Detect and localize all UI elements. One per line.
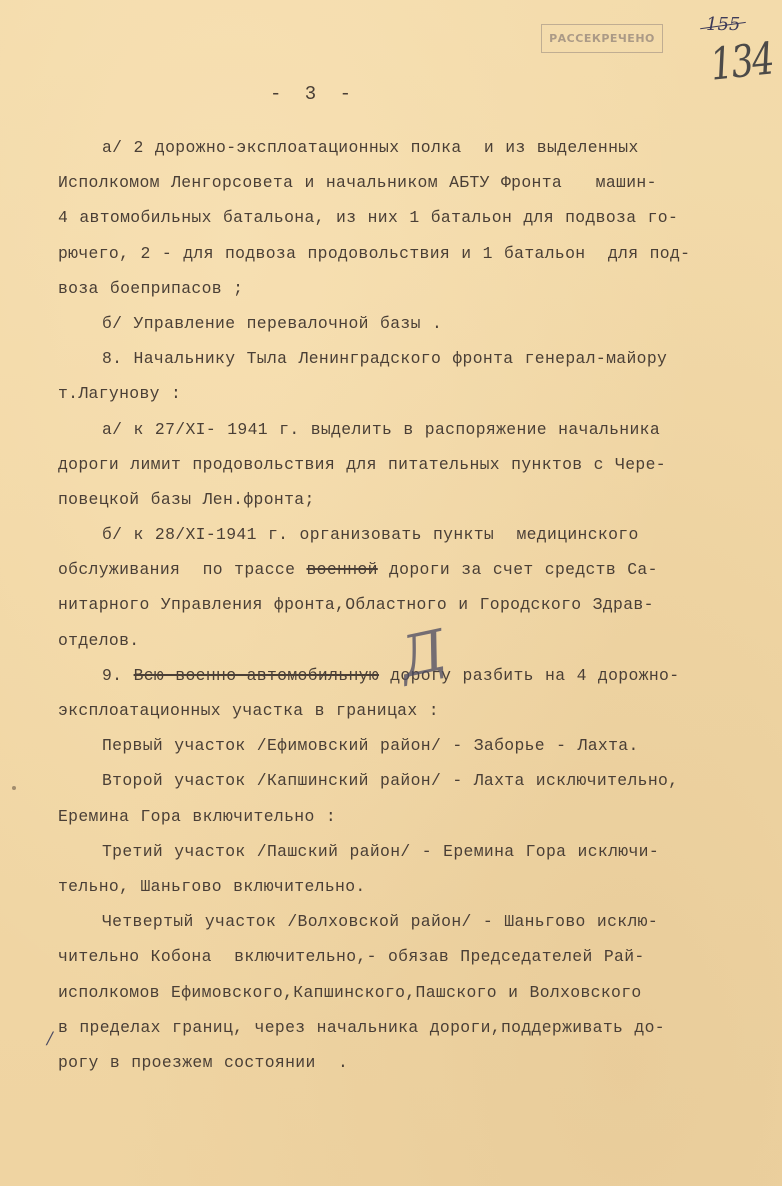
text-line: рючего, 2 - для подвоза продовольствия и… xyxy=(58,239,758,274)
declassified-stamp: РАССЕКРЕЧЕНО xyxy=(541,24,663,53)
text-line: б/ Управление перевалочной базы . xyxy=(58,309,758,344)
text-line: тельно, Шаньгово включительно. xyxy=(58,872,758,907)
text-line: а/ к 27/XI- 1941 г. выделить в распоряже… xyxy=(58,415,758,450)
text-line: эксплоатационных участка в границах : xyxy=(58,696,758,731)
document-body: а/ 2 дорожно-эксплоатационных полка и из… xyxy=(58,133,758,1083)
text-line: воза боеприпасов ; xyxy=(58,274,758,309)
struck-text: военной xyxy=(306,560,377,579)
struck-archive-number: 155 xyxy=(706,14,740,35)
text-line: обслуживания по трассе военной дороги за… xyxy=(58,555,758,590)
handwritten-margin-mark: / xyxy=(47,1029,53,1049)
page-number: - 3 - xyxy=(270,83,357,105)
text-line: Исполкомом Ленгорсовета и начальником АБ… xyxy=(58,168,758,203)
text-line: чительно Кобона включительно,- обязав Пр… xyxy=(58,942,758,977)
archive-number-old: 155 xyxy=(706,14,740,35)
text-line: в пределах границ, через начальника доро… xyxy=(58,1013,758,1048)
text-segment: обслуживания по трассе xyxy=(58,560,306,579)
struck-text: Всю военно-автомобильную xyxy=(134,666,379,685)
text-line: Четвертый участок /Волховской район/ - Ш… xyxy=(58,907,758,942)
text-line: Первый участок /Ефимовский район/ - Забо… xyxy=(58,731,758,766)
text-line: исполкомов Ефимовского,Капшинского,Пашск… xyxy=(58,978,758,1013)
folio-number: 134 xyxy=(708,33,775,90)
margin-speck xyxy=(12,786,16,790)
text-line: Второй участок /Капшинский район/ - Лахт… xyxy=(58,766,758,801)
text-line: т.Лагунову : xyxy=(58,379,758,414)
text-line: 4 автомобильных батальона, из них 1 бата… xyxy=(58,203,758,238)
text-segment: 9. xyxy=(102,666,134,685)
text-line: 8. Начальнику Тыла Ленинградского фронта… xyxy=(58,344,758,379)
text-line: б/ к 28/XI-1941 г. организовать пункты м… xyxy=(58,520,758,555)
text-line: дороги лимит продовольствия для питатель… xyxy=(58,450,758,485)
text-line: Еремина Гора включительно : xyxy=(58,802,758,837)
text-line: нитарного Управления фронта,Областного и… xyxy=(58,590,758,625)
text-line: а/ 2 дорожно-эксплоатационных полка и из… xyxy=(58,133,758,168)
text-line: Третий участок /Пашский район/ - Еремина… xyxy=(58,837,758,872)
text-line: повецкой базы Лен.фронта; xyxy=(58,485,758,520)
text-line: рогу в проезжем состоянии . xyxy=(58,1048,758,1083)
text-segment: дороги за счет средств Са- xyxy=(378,560,658,579)
